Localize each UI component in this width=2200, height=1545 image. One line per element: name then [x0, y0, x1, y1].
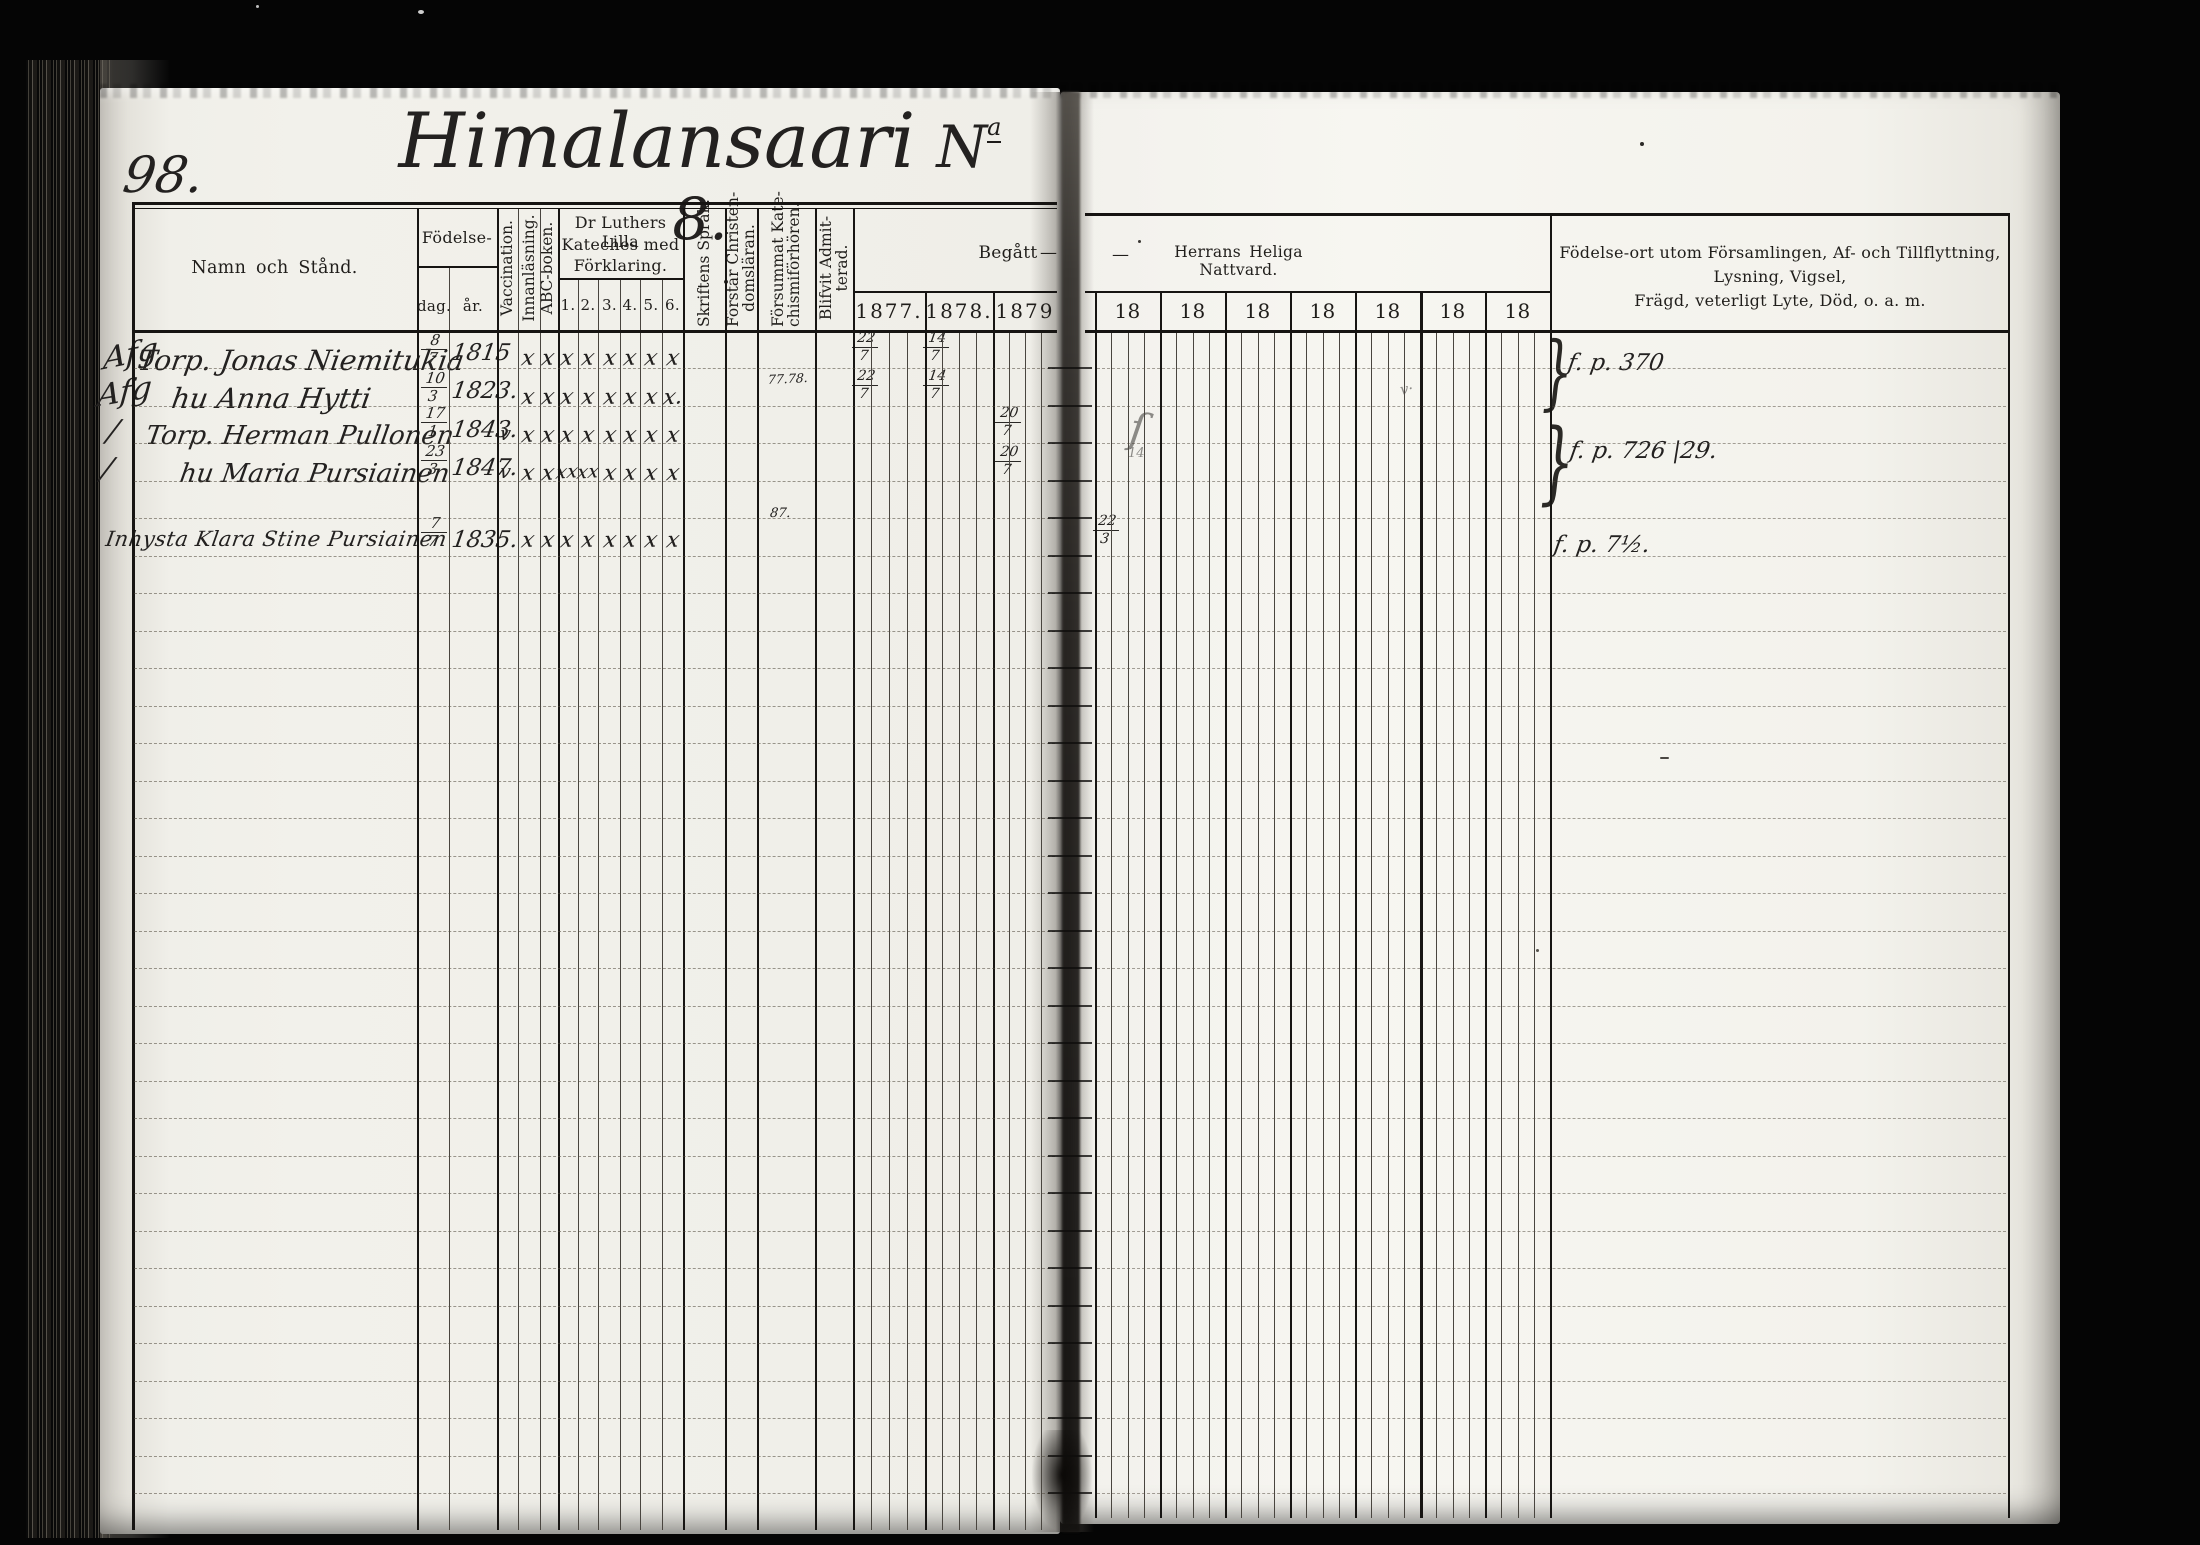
communion-day: 22 [852, 369, 880, 386]
vaccination-label: Vaccination. [498, 220, 516, 316]
col-header-admitted: Blifvit Admit- terad. [818, 209, 850, 327]
communion-month: 7 [993, 423, 1021, 439]
rule-line [1388, 330, 1389, 1518]
page-title-no: N [936, 113, 987, 181]
rule-line [1274, 330, 1275, 1518]
catechism-col-5: 5. [640, 296, 662, 314]
rule-line [1048, 1080, 1092, 1082]
rule-line [1097, 406, 2006, 407]
rule-line [1193, 330, 1194, 1518]
rule-line [1097, 1006, 2006, 1007]
birth-date: 171 [419, 406, 450, 439]
rule-line [1323, 330, 1324, 1518]
rule-line [132, 208, 1057, 209]
rule-line [1048, 1155, 1092, 1157]
rule-line [1355, 291, 1357, 1518]
rule-line [1097, 818, 2006, 819]
rule-line [1048, 817, 1092, 819]
rule-line [1048, 480, 1092, 482]
rule-line [1048, 892, 1092, 894]
communion-day: 22 [1093, 514, 1121, 531]
rule-line [1048, 967, 1092, 969]
blifvit-line1: Blifvit Admit- [818, 209, 834, 327]
rule-line [1420, 291, 1423, 1518]
rule-line [449, 266, 450, 1530]
rule-line [134, 1231, 1055, 1232]
rule-line [1048, 517, 1092, 519]
forsummat-line2: chismiförhören. [786, 209, 802, 327]
rule-line [134, 781, 1055, 782]
rule-line [1097, 1493, 2006, 1494]
rule-line [134, 481, 1055, 482]
rule-line [1048, 1380, 1092, 1382]
rule-line [1097, 931, 2006, 932]
rule-line [132, 202, 135, 1530]
rule-line [1097, 518, 2006, 519]
col-header-notes: Födelse-ort utom Församlingen, Af- och T… [1556, 241, 2004, 313]
rule-line [134, 1081, 1055, 1082]
col-header-reading: Innanläsning. [521, 209, 537, 327]
year-col-blank-1: 18 [1095, 299, 1160, 323]
col-header-nattvard: Herrans Heliga Nattvard. [1146, 243, 1331, 279]
catechism-col-4: 4. [620, 296, 640, 314]
rule-line [134, 1343, 1055, 1344]
rule-line [1097, 631, 2006, 632]
rule-line [1048, 405, 1092, 407]
birth-day: 23 [421, 444, 449, 461]
ghost-number: 14 [1128, 446, 1145, 461]
rule-line [1048, 1005, 1092, 1007]
rule-line [1048, 705, 1092, 707]
rule-line [1225, 291, 1227, 1518]
rule-line [1048, 742, 1092, 744]
rule-line [1048, 1267, 1092, 1269]
page-number: 98. [119, 146, 208, 204]
year-col-blank-5: 18 [1355, 299, 1420, 323]
rule-line [1176, 330, 1177, 1518]
rule-line [1097, 1418, 2006, 1419]
forstar-line2: domsläran. [741, 209, 757, 327]
rule-line [1550, 213, 1552, 1518]
birth-date: 87 [419, 333, 450, 366]
rule-line [1258, 330, 1259, 1518]
rule-line [1085, 213, 2008, 216]
rule-line [1048, 1117, 1092, 1119]
innanlasning-label: Innanläsning. [520, 214, 538, 321]
rule-line [134, 1006, 1055, 1007]
rule-line [1371, 330, 1372, 1518]
rule-line [1048, 1455, 1092, 1457]
rule-line [1048, 1492, 1092, 1494]
col-header-name: Namn och Stånd. [132, 258, 417, 278]
year-col-blank-7: 18 [1485, 299, 1550, 323]
rule-line [1097, 968, 2006, 969]
communion-month: 7 [993, 462, 1021, 478]
rule-line [1469, 330, 1470, 1518]
book-gutter-core [1062, 92, 1080, 1532]
nattvard-dash: — [1112, 245, 1129, 265]
rule-line [134, 931, 1055, 932]
rule-line [1128, 330, 1129, 1518]
rule-line [134, 1268, 1055, 1269]
rule-line [1097, 706, 2006, 707]
rule-line [1097, 781, 2006, 782]
catechism-col-3: 3. [599, 296, 620, 314]
rule-line [925, 291, 927, 1530]
rule-line [134, 1118, 1055, 1119]
rule-line [134, 593, 1055, 594]
rule-line [134, 368, 1055, 369]
birth-year: 1823. [450, 378, 520, 404]
rule-line [134, 443, 1055, 444]
rule-line [1160, 291, 1162, 1518]
rule-line [1097, 743, 2006, 744]
rule-line [1048, 1230, 1092, 1232]
birth-date: 103 [419, 371, 450, 404]
rule-line [134, 856, 1055, 857]
notes-header-line2: Frägd, veterligt Lyte, Död, o. a. m. [1556, 289, 2004, 313]
rule-line [1306, 330, 1307, 1518]
year-col-1879: 1879 [993, 299, 1057, 323]
rule-line [1048, 592, 1092, 594]
birth-month: 1 [419, 423, 447, 439]
rule-line [1097, 1231, 2006, 1232]
catechism-col-6: 6. [662, 296, 683, 314]
skriftens-label: Skriftens Språk. [695, 199, 713, 327]
year-col-1878: 1878. [925, 299, 993, 323]
rule-line [134, 743, 1055, 744]
note-row-5: f. p. 7½. [1552, 532, 1652, 558]
col-header-catechism-line3: Förklaring. [558, 256, 683, 275]
rule-line [1339, 330, 1340, 1518]
communion-day: 22 [852, 331, 880, 348]
dust-speck [418, 10, 424, 14]
rule-line [134, 406, 1055, 407]
rule-line [1048, 780, 1092, 782]
notes-header-line1: Födelse-ort utom Församlingen, Af- och T… [1556, 241, 2004, 289]
rule-line [993, 291, 995, 1530]
rule-line [1097, 1343, 2006, 1344]
dust-speck [1536, 949, 1539, 952]
rule-line [134, 1156, 1055, 1157]
dust-speck [1640, 142, 1644, 146]
rule-line [1097, 1081, 2006, 1082]
rule-line [1048, 367, 1092, 369]
rule-line [1048, 1305, 1092, 1307]
rule-line [1048, 555, 1092, 557]
rule-line [417, 266, 497, 268]
rule-line [1097, 556, 2006, 557]
rule-line [1048, 1192, 1092, 1194]
rule-line [1048, 855, 1092, 857]
rule-line [1048, 630, 1092, 632]
dust-speck [1138, 240, 1141, 243]
note-rows-3-4: f. p. 726 |29. [1568, 438, 1719, 464]
col-header-missed-examinations: Försummat Kate- chismiförhören. [770, 209, 802, 327]
entry-name: hu Anna Hytti [169, 382, 373, 415]
year-col-blank-4: 18 [1290, 299, 1355, 323]
entry-name: Torp. Herman Pullonen [144, 421, 456, 451]
rule-line [134, 1306, 1055, 1307]
col-header-catechism-line2: Kateches med [558, 235, 683, 254]
rule-line [1518, 330, 1519, 1518]
year-col-1877: 1877. [853, 299, 925, 323]
rule-line [1097, 1306, 2006, 1307]
rule-line [134, 1193, 1055, 1194]
col-header-abc-book: ABC-boken. [539, 209, 555, 327]
rule-line [1097, 1381, 2006, 1382]
rule-line [1097, 893, 2006, 894]
rule-line [132, 202, 1057, 205]
dust-speck [1660, 757, 1669, 759]
rule-line [134, 968, 1055, 969]
blifvit-line2: terad. [834, 209, 850, 327]
rule-line [1085, 330, 2008, 333]
communion-1879: 207 [993, 406, 1024, 439]
col-header-understands-catechism: Förstår Christen- domsläran. [725, 209, 757, 327]
rule-line [1095, 291, 1097, 1518]
forstar-line1: Förstår Christen- [725, 209, 741, 327]
rule-line [1241, 330, 1242, 1518]
birth-month: 3 [419, 461, 447, 477]
rule-line [1097, 668, 2006, 669]
catechism-col-2: 2. [578, 296, 598, 314]
birth-day: 8 [421, 333, 449, 350]
year-col-blank-6: 18 [1420, 299, 1485, 323]
dust-speck [256, 5, 259, 8]
birth-day: 17 [421, 406, 449, 423]
rule-line [1097, 443, 2006, 444]
birth-month: 7 [419, 533, 447, 549]
birth-year: 1815 [450, 340, 513, 366]
rule-line [1097, 1156, 2006, 1157]
page-title-no-sup: a [987, 113, 1001, 143]
rule-line [1085, 291, 1550, 293]
col-header-vaccination: Vaccination. [499, 209, 515, 327]
rule-line [1048, 1042, 1092, 1044]
scanned-register-spread: 98. Himalansaari Na 8. Namn och Stånd. F… [0, 0, 2200, 1545]
rule-line [1048, 930, 1092, 932]
rule-line [1111, 330, 1112, 1518]
year-col-blank-2: 18 [1160, 299, 1225, 323]
communion-day: 14 [923, 369, 951, 386]
rule-line [1097, 368, 2006, 369]
page-title-script: Himalansaari [399, 96, 916, 185]
rule-line [1097, 1456, 2006, 1457]
rule-line [134, 631, 1055, 632]
missed-examination-years: 77.78. [768, 370, 809, 387]
forsummat-line1: Försummat Kate- [770, 209, 786, 327]
rule-line [1453, 330, 1454, 1518]
rule-line [2008, 213, 2010, 1518]
rule-line [1097, 856, 2006, 857]
rule-line [1436, 330, 1437, 1518]
rule-line [134, 1381, 1055, 1382]
birth-month: 7 [419, 350, 447, 366]
rule-line [132, 330, 1057, 333]
entry-name: hu Maria Pursiainen [178, 459, 452, 489]
note-rows-1-2: f. p. 370 [1566, 350, 1666, 376]
rule-line [1290, 291, 1292, 1518]
begatt-dash: — [1040, 243, 1057, 263]
birth-day: 10 [421, 371, 449, 388]
year-col-blank-3: 18 [1225, 299, 1290, 323]
entry-name: Inhysta Klara Stine Pursiainen [104, 527, 449, 551]
rule-line [1534, 330, 1535, 1518]
rule-line [1501, 330, 1502, 1518]
rule-line [1097, 1043, 2006, 1044]
rule-line [1097, 593, 2006, 594]
birth-month: 3 [419, 388, 447, 404]
rule-line [1097, 1268, 2006, 1269]
birth-date: 77 [419, 516, 450, 549]
rule-line [134, 1043, 1055, 1044]
rule-line [1209, 330, 1210, 1518]
rule-line [558, 278, 683, 280]
communion-day: 14 [923, 331, 951, 348]
rule-line [853, 291, 1057, 293]
rule-line [1485, 291, 1487, 1518]
catechism-col-1: 1. [558, 296, 578, 314]
rule-line [1144, 330, 1145, 1518]
rule-line [134, 1418, 1055, 1419]
col-header-birth-day: dag. [417, 297, 449, 315]
rule-line [1048, 667, 1092, 669]
ghost-check: v· [1399, 379, 1415, 399]
rule-line [134, 1456, 1055, 1457]
birth-date: 233 [419, 444, 450, 477]
rule-line [134, 1493, 1055, 1494]
rule-line [134, 668, 1055, 669]
rule-line [1097, 1118, 2006, 1119]
rule-line [1097, 1193, 2006, 1194]
rule-line [134, 518, 1055, 519]
communion-1879: 207 [993, 445, 1024, 478]
rule-line [1404, 330, 1405, 1518]
col-header-scripture-language: Skriftens Språk. [696, 209, 712, 327]
birth-year: 1835. [450, 527, 520, 553]
rule-line [134, 556, 1055, 557]
rule-line [134, 818, 1055, 819]
rule-line [134, 893, 1055, 894]
rule-line [1097, 481, 2006, 482]
rule-line [1048, 1417, 1092, 1419]
rule-line [1048, 1342, 1092, 1344]
col-header-birth-year: år. [449, 297, 497, 315]
rule-line [134, 706, 1055, 707]
col-header-birth: Födelse- [417, 228, 497, 247]
rule-line [1048, 442, 1092, 444]
